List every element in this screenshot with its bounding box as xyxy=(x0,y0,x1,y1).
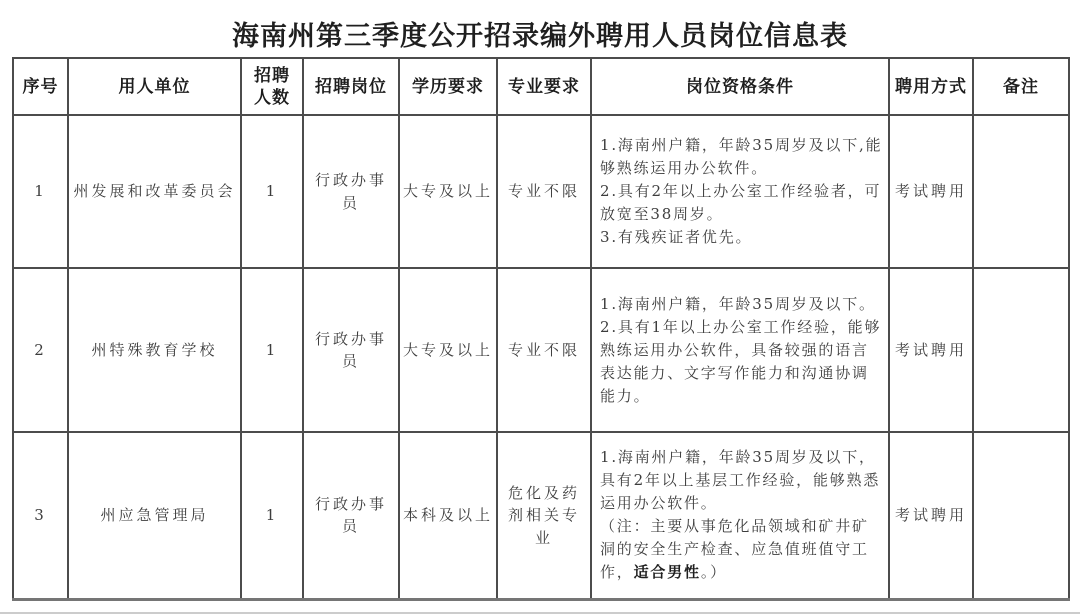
cell-no: 2 xyxy=(13,268,68,432)
col-header-remark: 备注 xyxy=(973,58,1069,115)
cell-education: 本科及以上 xyxy=(399,432,497,599)
table-row: 2州特殊教育学校1行政办事员大专及以上专业不限1.海南州户籍，年龄35周岁及以下… xyxy=(13,268,1069,432)
qualification-text: 。） xyxy=(701,563,727,581)
cell-education: 大专及以上 xyxy=(399,268,497,432)
qualification-text: 1.海南州户籍，年龄35周岁及以下,能够熟练运用办公软件。 xyxy=(600,136,882,177)
cell-major: 专业不限 xyxy=(497,115,591,268)
col-header-education: 学历要求 xyxy=(399,58,497,115)
qualification-paragraph: 2.具有2年以上办公室工作经验者，可放宽至38周岁。 xyxy=(600,180,884,226)
qualification-paragraph: 3.有残疾证者优先。 xyxy=(600,226,884,249)
cell-no: 3 xyxy=(13,432,68,599)
col-header-headcount: 招聘 人数 xyxy=(241,58,303,115)
qualification-paragraph: 2.具有1年以上办公室工作经验，能够熟练运用办公软件，具备较强的语言表达能力、文… xyxy=(600,316,884,408)
qualification-paragraph: 1.海南州户籍，年龄35周岁及以下。 xyxy=(600,293,884,316)
col-header-qualification: 岗位资格条件 xyxy=(591,58,889,115)
qualification-text: 2.具有2年以上办公室工作经验者，可放宽至38周岁。 xyxy=(600,182,881,223)
cell-education: 大专及以上 xyxy=(399,115,497,268)
cell-position: 行政办事员 xyxy=(303,268,399,432)
qualification-paragraph: （注：主要从事危化品领域和矿井矿洞的安全生产检查、应急值班值守工作，适合男性。） xyxy=(600,515,884,584)
page-title: 海南州第三季度公开招录编外聘用人员岗位信息表 xyxy=(0,14,1080,53)
col-header-hiring: 聘用方式 xyxy=(889,58,973,115)
cell-employer: 州特殊教育学校 xyxy=(68,268,241,432)
table-row: 1州发展和改革委员会1行政办事员大专及以上专业不限1.海南州户籍，年龄35周岁及… xyxy=(13,115,1069,268)
job-info-table: 序号用人单位招聘 人数招聘岗位学历要求专业要求岗位资格条件聘用方式备注 1州发展… xyxy=(12,57,1070,601)
cell-headcount: 1 xyxy=(241,115,303,268)
cell-hiring: 考试聘用 xyxy=(889,432,973,599)
qualification-text: 2.具有1年以上办公室工作经验，能够熟练运用办公软件，具备较强的语言表达能力、文… xyxy=(600,318,881,405)
cell-hiring: 考试聘用 xyxy=(889,115,973,268)
cell-hiring: 考试聘用 xyxy=(889,268,973,432)
cell-position: 行政办事员 xyxy=(303,115,399,268)
qualification-paragraph: 1.海南州户籍，年龄35周岁及以下，具有2年以上基层工作经验，能够熟悉运用办公软… xyxy=(600,446,884,515)
cell-headcount: 1 xyxy=(241,432,303,599)
cell-employer: 州发展和改革委员会 xyxy=(68,115,241,268)
cell-qualification: 1.海南州户籍，年龄35周岁及以下,能够熟练运用办公软件。2.具有2年以上办公室… xyxy=(591,115,889,268)
cell-employer: 州应急管理局 xyxy=(68,432,241,599)
cell-qualification: 1.海南州户籍，年龄35周岁及以下，具有2年以上基层工作经验，能够熟悉运用办公软… xyxy=(591,432,889,599)
table-row: 3州应急管理局1行政办事员本科及以上危化及药剂相关专业1.海南州户籍，年龄35周… xyxy=(13,432,1069,599)
col-header-position: 招聘岗位 xyxy=(303,58,399,115)
page-bottom-divider xyxy=(0,612,1080,614)
table-header: 序号用人单位招聘 人数招聘岗位学历要求专业要求岗位资格条件聘用方式备注 xyxy=(13,58,1069,115)
qualification-bold-text: 适合男性 xyxy=(634,563,701,581)
cell-headcount: 1 xyxy=(241,268,303,432)
cell-major: 专业不限 xyxy=(497,268,591,432)
header-row: 序号用人单位招聘 人数招聘岗位学历要求专业要求岗位资格条件聘用方式备注 xyxy=(13,58,1069,115)
cell-position: 行政办事员 xyxy=(303,432,399,599)
cell-remark xyxy=(973,268,1069,432)
qualification-text: 1.海南州户籍，年龄35周岁及以下，具有2年以上基层工作经验，能够熟悉运用办公软… xyxy=(600,448,880,512)
table-body: 1州发展和改革委员会1行政办事员大专及以上专业不限1.海南州户籍，年龄35周岁及… xyxy=(13,115,1069,599)
qualification-paragraph: 1.海南州户籍，年龄35周岁及以下,能够熟练运用办公软件。 xyxy=(600,134,884,180)
qualification-text: 1.海南州户籍，年龄35周岁及以下。 xyxy=(600,295,876,313)
cell-major: 危化及药剂相关专业 xyxy=(497,432,591,599)
col-header-employer: 用人单位 xyxy=(68,58,241,115)
col-header-major: 专业要求 xyxy=(497,58,591,115)
cell-no: 1 xyxy=(13,115,68,268)
qualification-text: 3.有残疾证者优先。 xyxy=(600,228,752,246)
cell-qualification: 1.海南州户籍，年龄35周岁及以下。2.具有1年以上办公室工作经验，能够熟练运用… xyxy=(591,268,889,432)
cell-remark xyxy=(973,115,1069,268)
cell-remark xyxy=(973,432,1069,599)
col-header-no: 序号 xyxy=(13,58,68,115)
